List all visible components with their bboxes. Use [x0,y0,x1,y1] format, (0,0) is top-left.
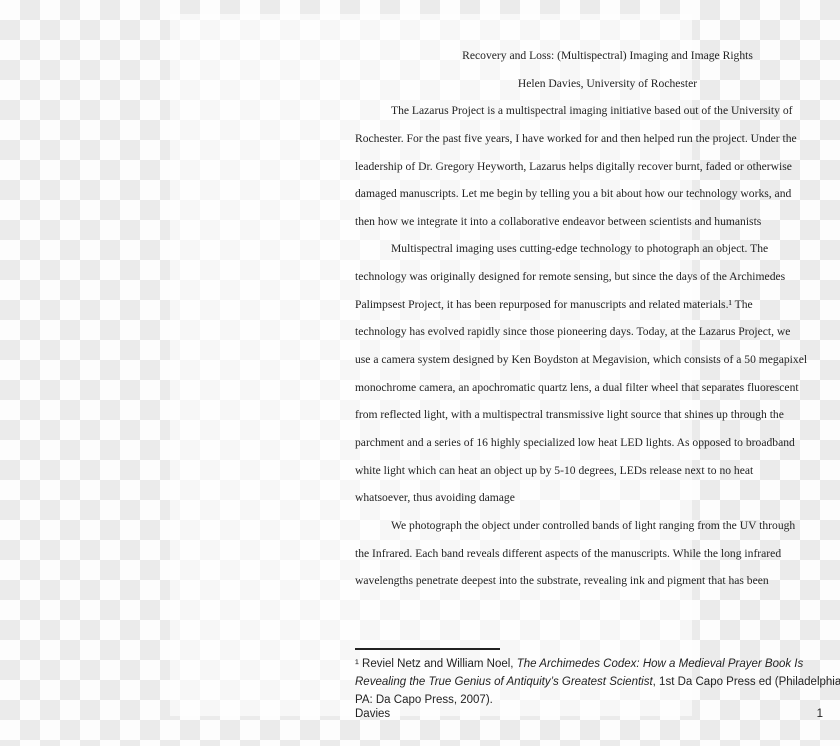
footnote-text: , 1st Da Capo Press ed (Philadelphia, [653,676,840,688]
footnote: ¹ Reviel Netz and William Noel, The Arch… [355,655,833,709]
footnote-line: Revealing the True Genius of Antiquity’s… [355,673,833,691]
body-line: monochrome camera, an apochromatic quart… [355,374,840,402]
body-line: leadership of Dr. Gregory Heyworth, Laza… [355,153,840,181]
page-number: 1 [817,705,823,723]
body-line: use a camera system designed by Ken Boyd… [355,346,840,374]
body-line: white light which can heat an object up … [355,457,840,485]
body-line: We photograph the object under controlle… [355,512,840,540]
body-line: Palimpsest Project, it has been repurpos… [355,291,840,319]
body-line: technology has evolved rapidly since tho… [355,318,840,346]
document-page: Recovery and Loss: (Multispectral) Imagi… [170,14,692,716]
body-line: wavelengths penetrate deepest into the s… [355,567,840,595]
author-line: Helen Davies, University of Rochester [355,70,840,98]
page-title: Recovery and Loss: (Multispectral) Imagi… [355,42,840,70]
body-line: The Lazarus Project is a multispectral i… [355,97,840,125]
body-line: Multispectral imaging uses cutting-edge … [355,235,840,263]
body-line: from reflected light, with a multispectr… [355,401,840,429]
footnote-book-title: The Archimedes Codex: How a Medieval Pra… [517,658,804,670]
body-line: technology was originally designed for r… [355,263,840,291]
body-line: the Infrared. Each band reveals differen… [355,540,840,568]
body-line: then how we integrate it into a collabor… [355,208,840,236]
page-footer: Davies 1 [355,705,823,723]
footer-author: Davies [355,705,390,723]
body-line: whatsoever, thus avoiding damage [355,484,840,512]
footnote-line: ¹ Reviel Netz and William Noel, The Arch… [355,655,833,673]
footnote-book-title: Revealing the True Genius of Antiquity’s… [355,676,653,688]
footnote-text: ¹ Reviel Netz and William Noel, [355,658,517,670]
body-line: Rochester. For the past five years, I ha… [355,125,840,153]
document-text-block: Recovery and Loss: (Multispectral) Imagi… [355,42,840,595]
body-line: damaged manuscripts. Let me begin by tel… [355,180,840,208]
footnote-separator-rule [355,648,500,650]
body-line: parchment and a series of 16 highly spec… [355,429,840,457]
